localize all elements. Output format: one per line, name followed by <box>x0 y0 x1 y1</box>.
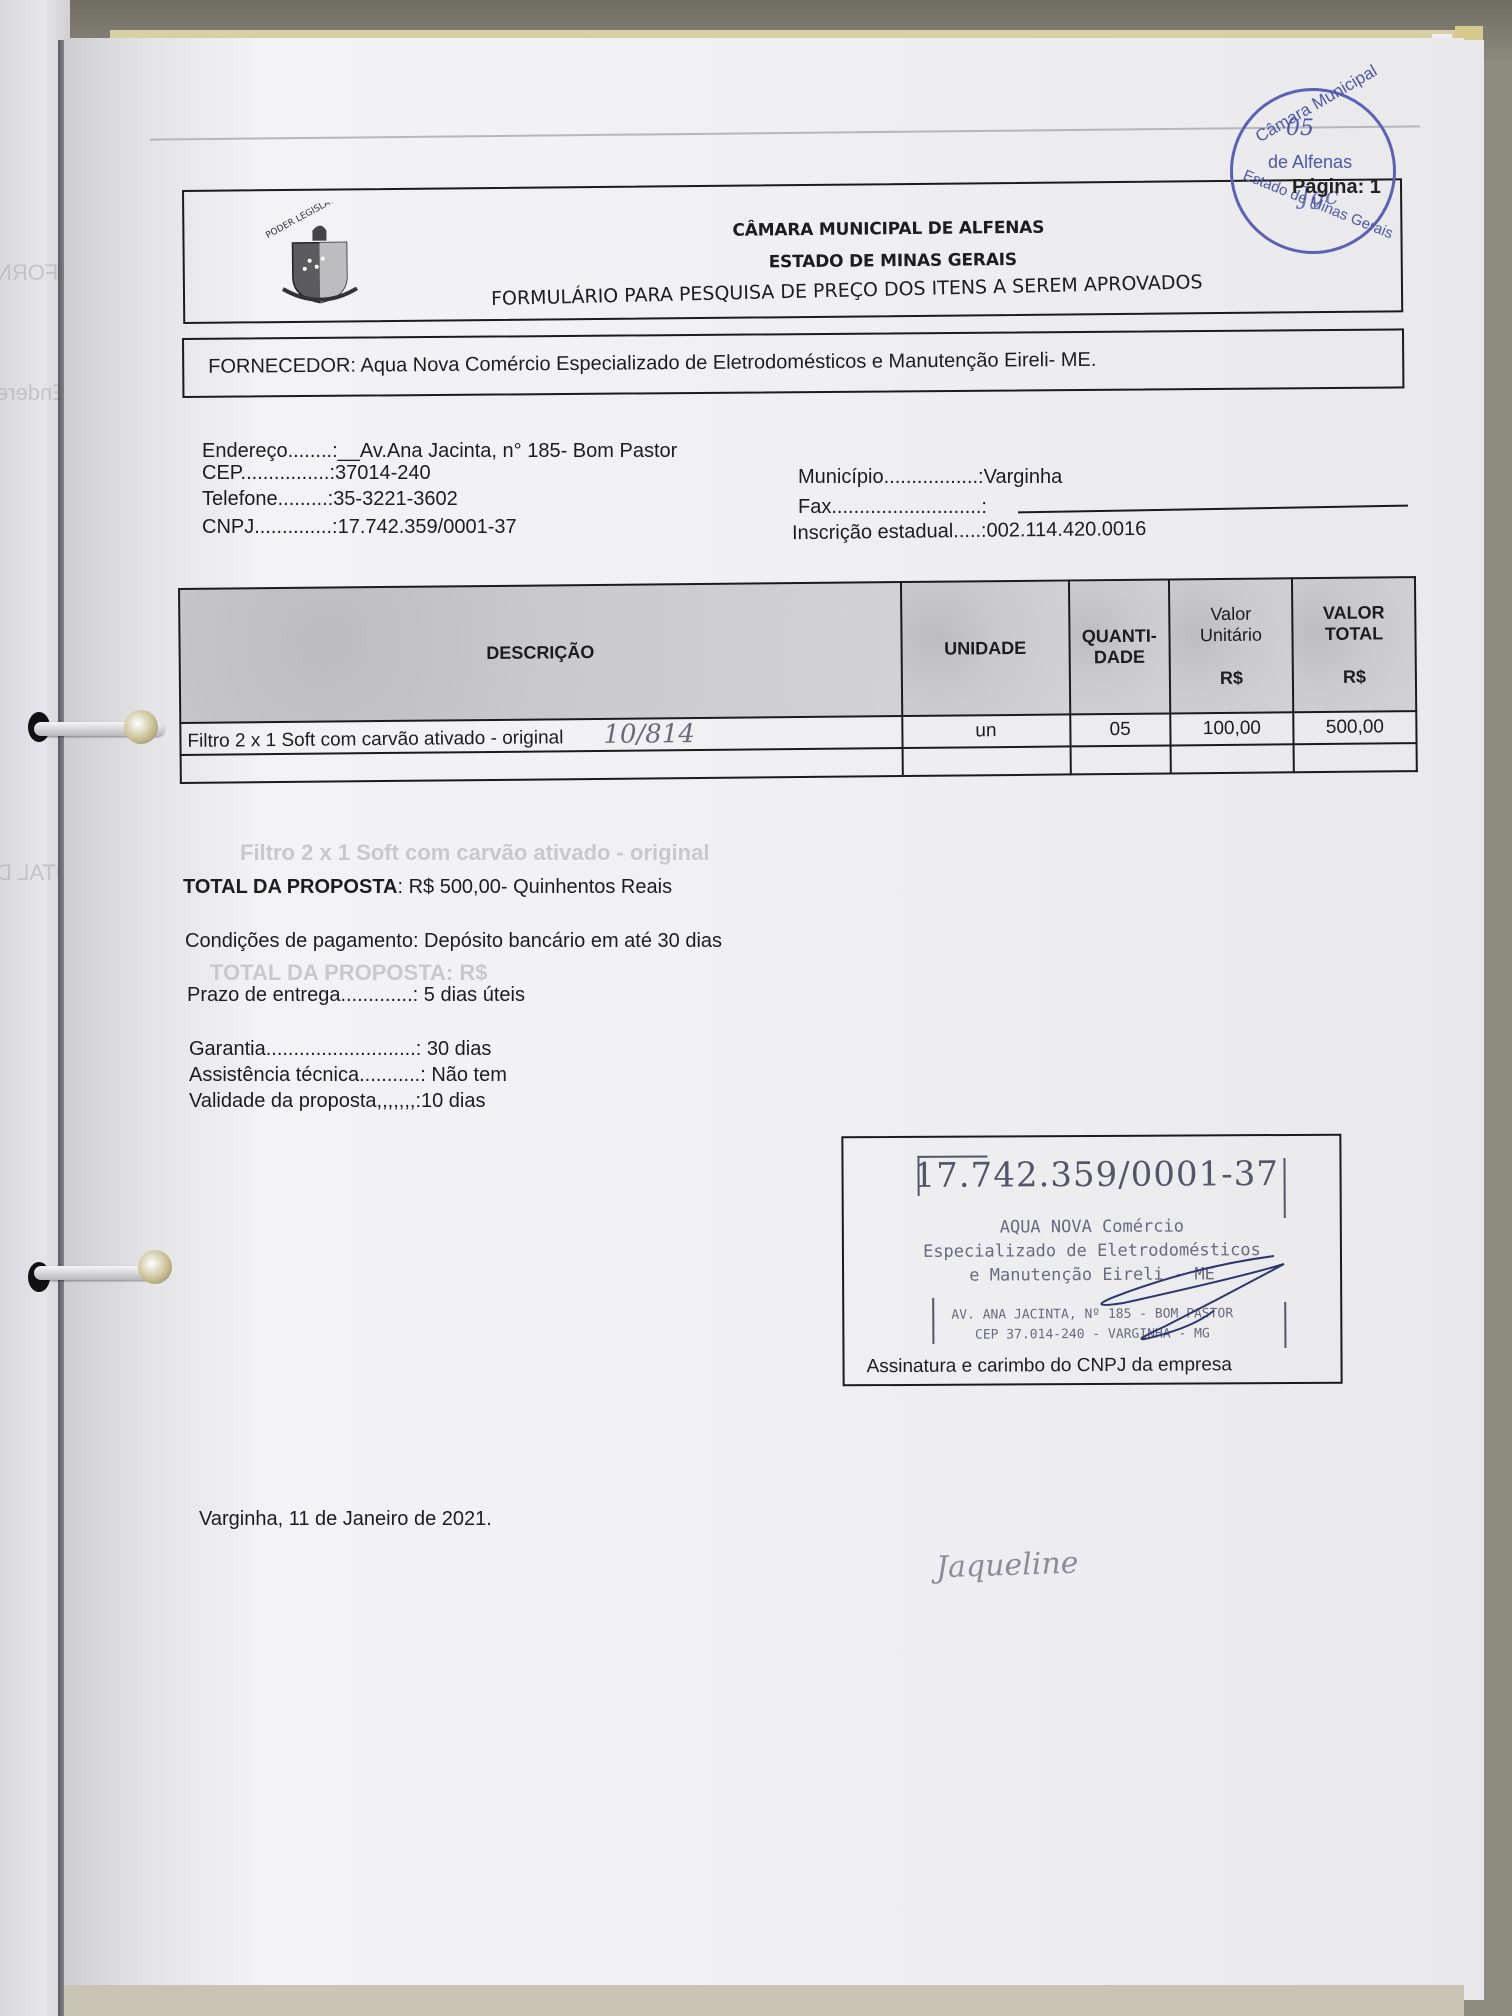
proposal-validity: Validade da proposta,,,,,,,:10 dias <box>189 1090 486 1113</box>
handwritten-note: 10/814 <box>603 719 695 750</box>
state-registration-field: Inscrição estadual.....:002.114.420.0016 <box>792 518 1147 544</box>
page-number: Página: 1 <box>1292 176 1381 199</box>
supplier-box: FORNECEDOR: Aqua Nova Comércio Especiali… <box>182 328 1404 398</box>
cep-field: CEP................:37014-240 <box>202 462 431 484</box>
cell-descricao <box>181 748 903 783</box>
proposal-total: TOTAL DA PROPOSTA: R$ 500,00- Quinhentos… <box>183 876 672 899</box>
seal-handwritten-number: 05 <box>1286 116 1314 141</box>
col-descricao: DESCRIÇÃO <box>179 582 902 723</box>
cell-valor-total <box>1294 743 1417 772</box>
header-line-1: CÂMARA MUNICIPAL DE ALFENAS <box>732 218 1044 241</box>
fax-field: Fax...........................: <box>798 496 987 518</box>
supplier-name: Aqua Nova Comércio Especializado de Elet… <box>360 349 1096 377</box>
col-valor-total: VALORTOTALR$ <box>1292 577 1416 712</box>
cell-unidade: un <box>902 714 1070 748</box>
header-box: PODER LEGISLATIVO MUNICIPAL CÂMARA MUNIC… <box>182 178 1403 324</box>
signature-scribble <box>1044 1236 1305 1347</box>
warranty: Garantia...........................: 30 … <box>189 1038 491 1061</box>
items-table: DESCRIÇÃO UNIDADE QUANTI-DADE ValorUnitá… <box>178 576 1418 784</box>
signature-stamp-box: 17.742.359/0001-37 AQUA NOVA Comércio Es… <box>841 1134 1342 1387</box>
col-quantidade: QUANTI-DADE <box>1069 579 1171 714</box>
page-bottom-edge <box>64 1985 1464 2016</box>
header-line-2: ESTADO DE MINAS GERAIS <box>769 250 1017 272</box>
supplier-line: FORNECEDOR: Aqua Nova Comércio Especiali… <box>208 349 1096 379</box>
bleed-through-text: TOTAL DA PROPOSTA: R$ <box>210 960 487 986</box>
phone-field: Telefone.........:35-3221-3602 <box>202 488 458 510</box>
handwritten-signature: Jaqueline <box>935 1546 1079 1586</box>
cnpj-field: CNPJ..............:17.742.359/0001-37 <box>202 516 517 538</box>
cell-quantidade: 05 <box>1070 713 1171 746</box>
col-valor-unitario: ValorUnitárioR$ <box>1169 578 1293 713</box>
seal-middle-text: de Alfenas <box>1268 152 1352 173</box>
payment-conditions: Condições de pagamento: Depósito bancári… <box>185 930 722 953</box>
cell-valor-unitario: 100,00 <box>1170 712 1293 745</box>
binder-ring-end <box>138 1250 172 1284</box>
cell-unidade <box>902 746 1070 776</box>
proposal-total-value: : R$ 500,00- Quinhentos Reais <box>397 876 672 898</box>
stamp-company-line-1: AQUA NOVA Comércio <box>844 1216 1340 1239</box>
bleed-through-text: Endere <box>0 380 67 406</box>
col-unidade: UNIDADE <box>900 580 1069 716</box>
cell-valor-unitario <box>1171 744 1294 773</box>
supplier-label: FORNECEDOR: <box>208 355 356 378</box>
signature-caption: Assinatura e carimbo do CNPJ da empresa <box>867 1354 1233 1378</box>
bleed-through-text: FORN <box>0 260 58 286</box>
delivery-time: Prazo de entrega.............: 5 dias út… <box>187 984 525 1007</box>
proposal-total-label: TOTAL DA PROPOSTA <box>183 876 397 898</box>
stamp-bracket <box>1283 1158 1285 1218</box>
bleed-through-text: Filtro 2 x 1 Soft com carvão ativado - o… <box>240 840 709 866</box>
municipal-crest-logo: PODER LEGISLATIVO MUNICIPAL <box>264 202 375 313</box>
form-title: FORMULÁRIO PARA PESQUISA DE PREÇO DOS IT… <box>491 271 1203 310</box>
binder-ring-end <box>124 710 158 744</box>
cell-quantidade <box>1070 745 1171 774</box>
technical-assistance: Assistência técnica...........: Não tem <box>189 1064 507 1087</box>
table-header-row: DESCRIÇÃO UNIDADE QUANTI-DADE ValorUnitá… <box>179 577 1416 723</box>
municipality-field: Município.................:Varginha <box>798 466 1062 488</box>
stamp-cnpj: 17.742.359/0001-37 <box>913 1154 1279 1196</box>
place-date: Varginha, 11 de Janeiro de 2021. <box>199 1508 492 1531</box>
cell-valor-total: 500,00 <box>1293 711 1416 744</box>
address-field: Endereço........:__Av.Ana Jacinta, n° 18… <box>202 440 677 462</box>
